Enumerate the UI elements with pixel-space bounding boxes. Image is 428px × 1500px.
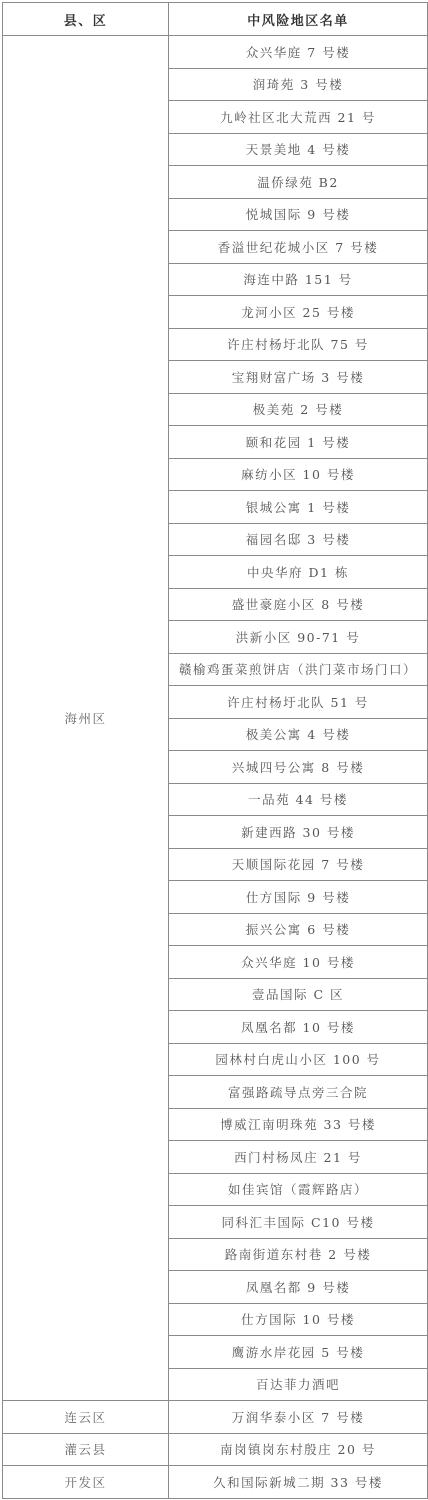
area-cell: 仕方国际 10 号楼: [169, 1303, 428, 1336]
area-cell: 盛世豪庭小区 8 号楼: [169, 588, 428, 621]
district-cell: 灌云县: [3, 1433, 169, 1466]
area-cell: 九岭社区北大荒西 21 号: [169, 101, 428, 134]
area-cell: 天景美地 4 号楼: [169, 133, 428, 166]
area-cell: 极美公寓 4 号楼: [169, 718, 428, 751]
area-cell: 壹品国际 C 区: [169, 978, 428, 1011]
table-row: 开发区久和国际新城二期 33 号楼: [3, 1466, 428, 1499]
district-cell: 开发区: [3, 1466, 169, 1499]
medium-risk-areas-table: 县、区 中风险地区名单 海州区众兴华庭 7 号楼润琦苑 3 号楼九岭社区北大荒西…: [2, 2, 428, 1499]
area-cell: 百达菲力酒吧: [169, 1368, 428, 1401]
area-cell: 路南街道东村巷 2 号楼: [169, 1238, 428, 1271]
area-cell: 海连中路 151 号: [169, 263, 428, 296]
area-cell: 万润华泰小区 7 号楼: [169, 1401, 428, 1434]
area-cell: 众兴华庭 10 号楼: [169, 946, 428, 979]
area-cell: 久和国际新城二期 33 号楼: [169, 1466, 428, 1499]
area-cell: 赣榆鸡蛋菜煎饼店（洪门菜市场门口）: [169, 653, 428, 686]
area-cell: 凤凰名都 10 号楼: [169, 1011, 428, 1044]
area-cell: 温侨绿苑 B2: [169, 166, 428, 199]
area-cell: 仕方国际 9 号楼: [169, 881, 428, 914]
area-cell: 龙河小区 25 号楼: [169, 296, 428, 329]
area-cell: 极美苑 2 号楼: [169, 393, 428, 426]
table-header-row: 县、区 中风险地区名单: [3, 3, 428, 36]
area-cell: 银城公寓 1 号楼: [169, 491, 428, 524]
district-cell: 海州区: [3, 36, 169, 1401]
area-cell: 南岗镇岗东村殷庄 20 号: [169, 1433, 428, 1466]
area-cell: 宝翔财富广场 3 号楼: [169, 361, 428, 394]
area-cell: 如佳宾馆（霞辉路店）: [169, 1173, 428, 1206]
table-row: 连云区万润华泰小区 7 号楼: [3, 1401, 428, 1434]
area-cell: 洪新小区 90-71 号: [169, 621, 428, 654]
area-cell: 润琦苑 3 号楼: [169, 68, 428, 101]
area-cell: 悦城国际 9 号楼: [169, 198, 428, 231]
area-cell: 富强路疏导点旁三合院: [169, 1076, 428, 1109]
area-cell: 许庄村杨圩北队 51 号: [169, 686, 428, 719]
area-cell: 同科汇丰国际 C10 号楼: [169, 1206, 428, 1239]
area-cell: 天顺国际花园 7 号楼: [169, 848, 428, 881]
header-areas: 中风险地区名单: [169, 3, 428, 36]
area-cell: 中央华府 D1 栋: [169, 556, 428, 589]
header-district: 县、区: [3, 3, 169, 36]
area-cell: 兴城四号公寓 8 号楼: [169, 751, 428, 784]
district-cell: 连云区: [3, 1401, 169, 1434]
area-cell: 西门村杨凤庄 21 号: [169, 1141, 428, 1174]
area-cell: 园林村白虎山小区 100 号: [169, 1043, 428, 1076]
area-cell: 香溢世纪花城小区 7 号楼: [169, 231, 428, 264]
area-cell: 颐和花园 1 号楼: [169, 426, 428, 459]
area-cell: 博威江南明珠苑 33 号楼: [169, 1108, 428, 1141]
table-row: 海州区众兴华庭 7 号楼: [3, 36, 428, 69]
area-cell: 新建西路 30 号楼: [169, 816, 428, 849]
area-cell: 福园名邸 3 号楼: [169, 523, 428, 556]
area-cell: 振兴公寓 6 号楼: [169, 913, 428, 946]
table-row: 灌云县南岗镇岗东村殷庄 20 号: [3, 1433, 428, 1466]
area-cell: 凤凰名都 9 号楼: [169, 1271, 428, 1304]
table-body: 海州区众兴华庭 7 号楼润琦苑 3 号楼九岭社区北大荒西 21 号天景美地 4 …: [3, 36, 428, 1499]
area-cell: 众兴华庭 7 号楼: [169, 36, 428, 69]
area-cell: 鹰游水岸花园 5 号楼: [169, 1336, 428, 1369]
area-cell: 许庄村杨圩北队 75 号: [169, 328, 428, 361]
area-cell: 一品苑 44 号楼: [169, 783, 428, 816]
area-cell: 麻纺小区 10 号楼: [169, 458, 428, 491]
